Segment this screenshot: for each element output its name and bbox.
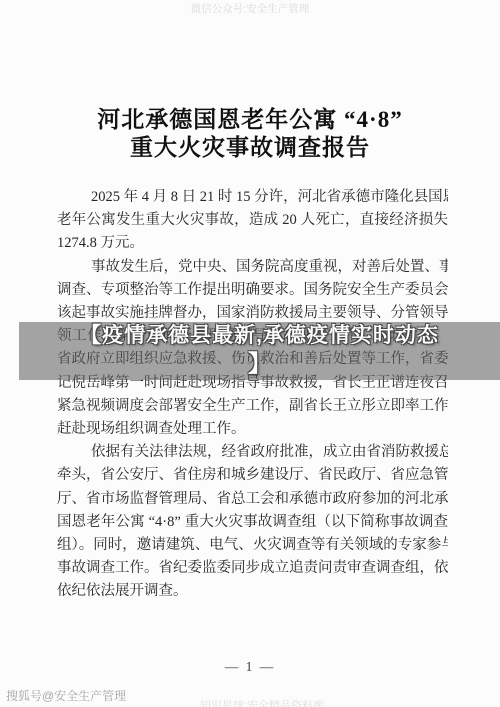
body-line: 调查、专项整治等工作提出明确要求。国务院安全生产委员会对: [57, 279, 448, 302]
body-line: 赶赴现场组织调查处理工作。: [57, 418, 448, 441]
body-line: 事故发生后，党中央、国务院高度重视，对善后处置、事故: [57, 256, 448, 279]
paragraph-1: 2025 年 4 月 8 日 21 时 15 分许，河北省承德市隆化县国恩 老年…: [57, 186, 448, 256]
body-line: 依纪依法展开调查。: [57, 580, 448, 603]
watermark-bottom-center: 知识星球:安全精品资料库: [200, 697, 324, 707]
title-line-2: 重大火灾事故调查报告: [40, 134, 460, 162]
body-line: 1274.8 万元。: [57, 232, 448, 255]
watermark-bottom-left: 搜狐号@安全生产管理: [6, 687, 126, 704]
body-line: 牵头，省公安厅、省住房和城乡建设厅、省民政厅、省应急管理: [57, 464, 448, 487]
title-line-1: 河北承德国恩老年公寓 “4·8”: [40, 106, 460, 134]
ad-overlay-text: 【疫情承德县最新,承德疫情实时动态: [80, 322, 439, 349]
body-line: 厅、省市场监督管理局、省总工会和承德市政府参加的河北承德: [57, 488, 448, 511]
body-line: 2025 年 4 月 8 日 21 时 15 分许，河北省承德市隆化县国恩: [57, 186, 448, 209]
document-page: 微信公众号:安全生产管理 河北承德国恩老年公寓 “4·8” 重大火灾事故调查报告…: [0, 0, 500, 707]
page-number: — 1 —: [0, 659, 500, 675]
body-line: 老年公寓发生重大火灾事故，造成 20 人死亡，直接经济损失: [57, 209, 448, 232]
body-line: 国恩老年公寓 “4·8” 重大火灾事故调查组（以下简称事故调查: [57, 511, 448, 534]
ad-overlay-closing-bracket: 】: [248, 349, 271, 377]
watermark-top: 微信公众号:安全生产管理: [0, 1, 500, 16]
body-line: 紧急视频调度会部署安全生产工作，副省长王立彤立即率工作组: [57, 395, 448, 418]
document-title: 河北承德国恩老年公寓 “4·8” 重大火灾事故调查报告: [40, 106, 460, 162]
body-line: 依据有关法律法规，经省政府批准，成立由省消防救援总队: [57, 441, 448, 464]
body-line: 组）。同时，邀请建筑、电气、火灾调查等有关领域的专家参与: [57, 534, 448, 557]
document-body: 2025 年 4 月 8 日 21 时 15 分许，河北省承德市隆化县国恩 老年…: [57, 186, 448, 604]
body-line: 事故调查工作。省纪委监委同步成立追责问责审查调查组，依规: [57, 557, 448, 580]
ad-overlay-banner[interactable]: 【疫情承德县最新,承德疫情实时动态 】: [19, 322, 500, 380]
paragraph-3: 依据有关法律法规，经省政府批准，成立由省消防救援总队 牵头，省公安厅、省住房和城…: [57, 441, 448, 603]
